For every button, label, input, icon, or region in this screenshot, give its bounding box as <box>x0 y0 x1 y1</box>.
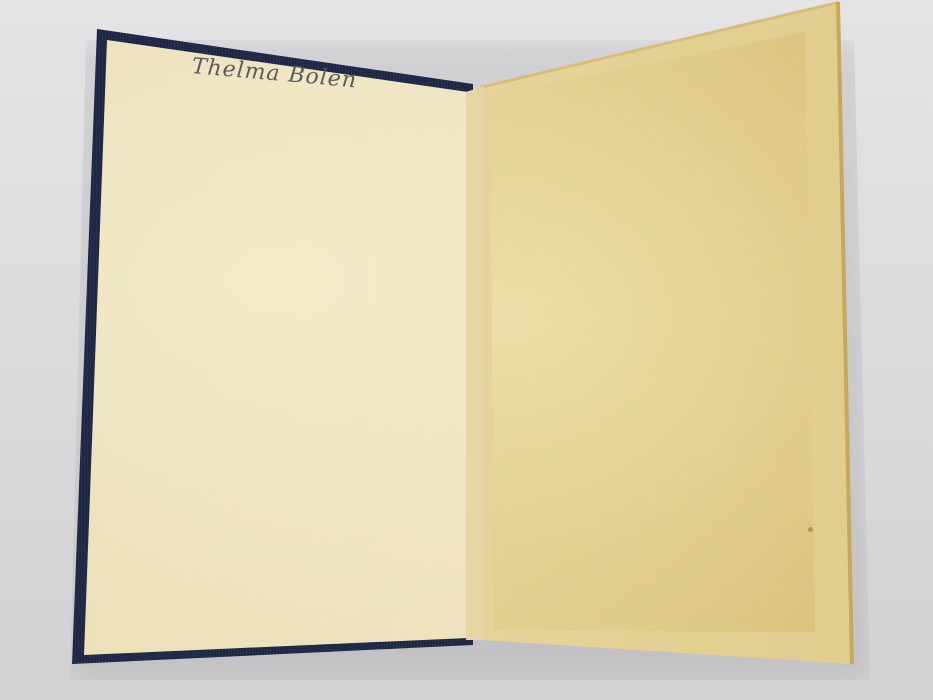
book-photo: Thelma Bolen <box>0 0 933 700</box>
foxing-spot <box>808 527 813 532</box>
